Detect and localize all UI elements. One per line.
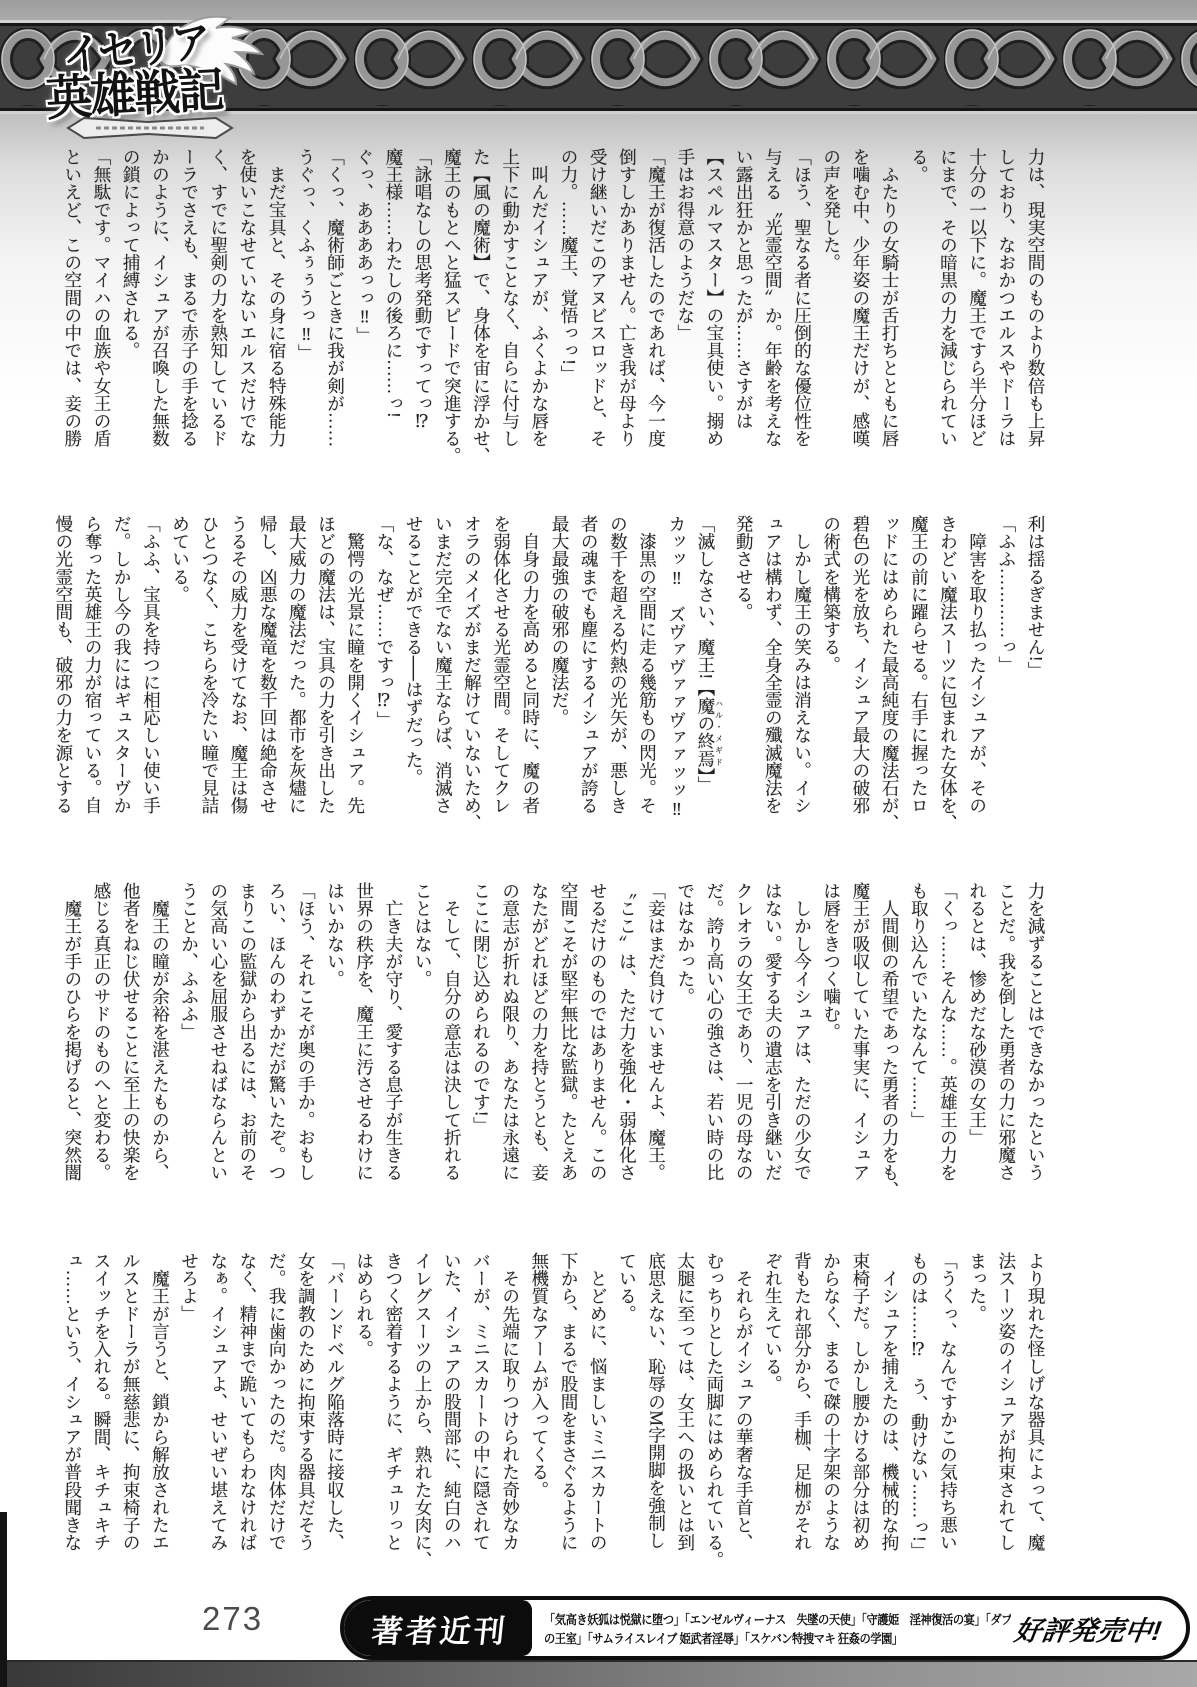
text-column: なたがどれほどの力を持とうとも、妾: [530, 882, 548, 1224]
text-column: いた、イシュアの股間部に、純白のハ: [443, 1252, 461, 1594]
author-books-bar: 著者近刊 「気高き妖狐は悦獄に堕つ」「エンゼルヴィーナス 失墜の天使」「守護姫 …: [340, 1596, 1190, 1660]
text-column: かのように、イシュアが召喚した無数: [151, 148, 169, 490]
text-column: はめられる。: [355, 1252, 373, 1594]
text-column: も取り込んでいたなんて……」: [910, 882, 928, 1224]
text-column: ほどの魔法は、宝具の力を引き出した: [317, 515, 335, 857]
recent-works-label: 著者近刊: [344, 1600, 532, 1656]
text-column: めている。: [171, 515, 189, 857]
text-column: からなく、まるで磔の十字架のような: [822, 1252, 840, 1594]
text-column: の声を発した。: [822, 148, 840, 490]
text-column: 魔王のもとへと猛スピードで突進する。: [443, 148, 461, 490]
text-column: 世界の秩序を、魔王に汚させるわけに: [355, 882, 373, 1224]
text-column: 「詠唱なしの思考発動ですってっ⁉: [413, 148, 431, 490]
text-column: 他者をねじ伏せることに至上の快楽を: [122, 882, 140, 1224]
text-column: ルスとドーラが無慈悲に、拘束椅子の: [122, 1252, 140, 1594]
text-column: はない。愛する夫の遺志を引き継いだ: [764, 882, 782, 1224]
text-column: 最大最強の破邪の魔法だ。: [550, 515, 568, 857]
text-column: その先端に取りつけられた奇妙なカ: [501, 1252, 519, 1594]
text-column: 碧色の光を放ち、イシュア最大の破邪: [851, 515, 869, 857]
text-column: ことだ。我を倒した勇者の力に邪魔さ: [997, 882, 1015, 1224]
series-logo: イセリア 英雄戦記: [40, 2, 290, 147]
book-titles-line1: 「気高き妖狐は悦獄に堕つ」「エンゼルヴィーナス 失墜の天使」「守護姫 淫神復活の…: [544, 1611, 959, 1629]
text-column: い露出狂かと思ったが……さすがは: [735, 148, 753, 490]
text-column: しており、なおかつエルスやドーラは: [997, 148, 1015, 490]
text-column: ている。: [618, 1252, 636, 1594]
text-column: せろよ」: [180, 1252, 198, 1594]
text-column: にまで、その暗黒の力を減じられてい: [939, 148, 957, 490]
text-column: きつく密着するように、ギチュリっと: [384, 1252, 402, 1594]
novel-page: イセリア 英雄戦記 力は、現実空間のものより数倍も上昇しており、なおかつエルスや…: [0, 0, 1197, 1687]
text-column: 発動させる。: [735, 515, 753, 857]
text-column: イシュアを捕えたのは、機械的な拘: [880, 1252, 898, 1594]
text-column: 法スーツ姿のイシュアが拘束されてし: [997, 1252, 1015, 1594]
text-column: せるだけのものではありません。この: [589, 882, 607, 1224]
text-column: なぁ。イシュアよ、せいぜい堪えてみ: [209, 1252, 227, 1594]
text-column: ぞれ生えている。: [764, 1252, 782, 1594]
text-column: 「ふふ、宝具を持つに相応しい使い手: [142, 515, 160, 857]
text-column: の鎖によって捕縛される。: [122, 148, 140, 490]
text-column: だ。誇り高い心の強さは、若い時の比: [705, 882, 723, 1224]
text-column: 魔王の前に躍らせる。右手に握ったロ: [910, 515, 928, 857]
text-column: より現れた怪しげな器具によって、魔: [1026, 1252, 1044, 1594]
text-column: カッッ‼ ズヴァヴァァヴァァッッ‼: [667, 515, 685, 857]
text-column: る。: [910, 148, 928, 490]
text-column: うるその威力を受けてなお、魔王は傷: [229, 515, 247, 857]
page-number: 273: [202, 1600, 263, 1638]
text-column: ら奪った英雄王の力が宿っている。自: [83, 515, 101, 857]
text-column: 魔王の瞳が余裕を湛えたものから、: [151, 882, 169, 1224]
text-column: 自身の力を高めると同時に、魔の者: [521, 515, 539, 857]
text-column: そして、自分の意志は決して折れる: [443, 882, 461, 1224]
text-column: 手はお得意のようだな」: [676, 148, 694, 490]
book-titles-line2: の王室」「サムライスレイブ 姫武者淫辱」「スケバン特捜マキ 狂姦の学園」: [544, 1630, 959, 1648]
text-column: ものは……⁉ う、動けない……っ!」: [910, 1252, 928, 1594]
text-column: せることができる──はずだった。: [404, 515, 422, 857]
text-column: 障害を取り払ったイシュアが、その: [968, 515, 986, 857]
text-column: 魔王が吸収していた事実に、イシュア: [851, 882, 869, 1224]
text-column: しかし今イシュアは、ただの少女で: [793, 882, 811, 1224]
recent-works-label-text: 著者近刊: [370, 1606, 511, 1651]
text-column: 「魔王が復活したのであれば、今一度: [647, 148, 665, 490]
text-column: 帰し、凶悪な魔竜を数千回は絶命させ: [259, 515, 277, 857]
text-column: まりこの監獄から出るには、お前のそ: [238, 882, 256, 1224]
text-column: スイッチを入れる。瞬間、キチュキチ: [92, 1252, 110, 1594]
text-column: 魔王が手のひらを掲げると、突然闇: [63, 882, 81, 1224]
text-column: 「ふふ…………っ」: [997, 515, 1015, 857]
text-column: ひとつなく、こちらを冷たい瞳で見詰: [200, 515, 218, 857]
text-column: 利は揺るぎません!」: [1026, 515, 1044, 857]
text-column: 力は、現実空間のものより数倍も上昇: [1026, 148, 1044, 490]
text-column: 「バーンドベルグ陥落時に接収した、: [326, 1252, 344, 1594]
text-column: クレオラの女王であり、一児の母なの: [735, 882, 753, 1224]
text-column: ではなかった。: [676, 882, 694, 1224]
text-column: 無機質なアームが入ってくる。: [530, 1252, 548, 1594]
text-column: バーが、ミニスカートの中に隠されて: [472, 1252, 490, 1594]
text-column: 空間こそが堅牢無比な監獄。たとえあ: [559, 882, 577, 1224]
text-column: 与える〝光霊空間〟か。年齢を考えな: [764, 148, 782, 490]
text-column: 漆黒の空間に走る幾筋もの閃光。そ: [638, 515, 656, 857]
text-column: の術式を構築する。: [822, 515, 840, 857]
text-column: は唇をきつく噛む。: [822, 882, 840, 1224]
text-column: 束椅子だ。しかし腰かける部分は初め: [851, 1252, 869, 1594]
text-column: だ。しかし今の我にはギュスターヴか: [113, 515, 131, 857]
text-column: 力を減ずることはできなかったという: [1026, 882, 1044, 1224]
text-column: 下から、まるで股間をまさぐるように: [559, 1252, 577, 1594]
text-column: きわどい魔法スーツに包まれた女体を、: [939, 515, 957, 857]
text-column: ュアは構わず、全身全霊の殲滅魔法を: [764, 515, 782, 857]
text-column: イレグスーツの上から、熟れた女肉に、: [413, 1252, 431, 1594]
text-column: 【スペルマスター】の宝具使い。搦め: [705, 148, 723, 490]
text-column: ろい、ほんのわずかだが驚いたぞ。つ: [268, 882, 286, 1224]
text-column: いまだ完全でない魔王ならば、消滅さ: [434, 515, 452, 857]
text-column: ぐっ、ああああっっ‼」: [355, 148, 373, 490]
text-column: 「な、なぜ……ですっ⁉」: [375, 515, 393, 857]
text-column: 慢の光霊空間も、破邪の力を源とする: [54, 515, 72, 857]
text-column: むっちりとした両脚にはめられている。: [705, 1252, 723, 1594]
text-column: ここに閉じ込められるのです!」: [472, 882, 490, 1224]
on-sale-badge: 好評発売中!: [1008, 1609, 1188, 1648]
text-column: 亡き夫が守り、愛する息子が生きる: [384, 882, 402, 1224]
text-column: た【風の魔術】で、身体を宙に浮かせ、: [472, 148, 490, 490]
text-column: を噛む中、少年姿の魔王だけが、感嘆: [851, 148, 869, 490]
text-column: 「妾はまだ負けていませんよ、魔王。: [647, 882, 665, 1224]
text-column: の気高い心を屈服させねばならんとい: [209, 882, 227, 1224]
text-column: まった。: [968, 1252, 986, 1594]
text-column: 「滅しなさい、魔王!【魔の終焉ハル・メギド】」: [696, 515, 723, 857]
logo-ribbon: [64, 114, 236, 142]
text-column: 上下に動かすことなく、自らに付与し: [501, 148, 519, 490]
text-column: 叫んだイシュアが、ふくよかな唇を: [530, 148, 548, 490]
text-column: 最大威力の魔法だった。都市を灰燼に: [288, 515, 306, 857]
text-band-1: 力は、現実空間のものより数倍も上昇しており、なおかつエルスやドーラは十分の一以下…: [42, 148, 1044, 490]
text-band-3: 力を減ずることはできなかったということだ。我を倒した勇者の力に邪魔されるとは、惨…: [42, 882, 1044, 1224]
bottom-page-edge: [0, 1660, 1197, 1687]
text-column: しかし魔王の笑みは消えない。イシ: [793, 515, 811, 857]
text-column: うことか、ふふふ」: [180, 882, 198, 1224]
text-column: 底思えない、恥辱のM字開脚を強制し: [647, 1252, 665, 1594]
text-column: く、すでに聖剣の力を熟知しているド: [209, 148, 227, 490]
text-band-4: より現れた怪しげな器具によって、魔法スーツ姿のイシュアが拘束されてしまった。「う…: [42, 1252, 1044, 1594]
text-column: 受け継いだこのアヌビスロッドと、そ: [589, 148, 607, 490]
text-column: といえど、この空間の中では、妾の勝: [63, 148, 81, 490]
text-column: まだ宝具と、その身に宿る特殊能力: [268, 148, 286, 490]
text-column: を弱体化させる光霊空間。そしてクレ: [492, 515, 510, 857]
text-column: うぐっ、くふぅぅうっ‼」: [297, 148, 315, 490]
text-column: 驚愕の光景に瞳を開くイシュア。先: [346, 515, 364, 857]
text-column: 「うくっ、なんですかこの気持ち悪い: [939, 1252, 957, 1594]
text-column: 「くっ、魔術師ごときに我が剣が……: [326, 148, 344, 490]
text-column: ふたりの女騎士が舌打ちとともに唇: [880, 148, 898, 490]
text-column: オラのメイズがまだ解けていないため、: [463, 515, 481, 857]
text-column: 女を調教のために拘束する器具だそう: [297, 1252, 315, 1594]
text-column: 十分の一以下に。魔王ですら半分ほど: [968, 148, 986, 490]
text-column: 者の魂までも塵にするイシュアが誇る: [580, 515, 598, 857]
text-column: 魔王様……わたしの後ろに……っ!: [384, 148, 402, 490]
text-column: の意志が折れぬ限り、あなたは永遠に: [501, 882, 519, 1224]
text-column: 感じる真正のサドのものへと変わる。: [92, 882, 110, 1224]
text-column: だ。我に歯向かったのだ。肉体だけで: [268, 1252, 286, 1594]
text-column: 背もたれ部分から、手枷、足枷がそれ: [793, 1252, 811, 1594]
text-column: れるとは、惨めだな砂漠の女王」: [968, 882, 986, 1224]
text-column: ことはない。: [413, 882, 431, 1224]
text-column: 魔王が言うと、鎖から解放されたエ: [151, 1252, 169, 1594]
text-column: 「くっ……そんな……。英雄王の力を: [939, 882, 957, 1224]
text-column: とどめに、悩ましいミニスカートの: [589, 1252, 607, 1594]
text-band-2: 利は揺るぎません!」「ふふ…………っ」 障害を取り払ったイシュアが、そのきわどい…: [42, 515, 1044, 857]
text-column: の数千を超える灼熱の光矢が、悪しき: [609, 515, 627, 857]
text-column: 「無駄です。マイハの血族や女王の盾: [92, 148, 110, 490]
book-titles: 「気高き妖狐は悦獄に堕つ」「エンゼルヴィーナス 失墜の天使」「守護姫 淫神復活の…: [532, 1608, 1011, 1647]
text-column: 「ほう、それこそが奥の手か。おもし: [297, 882, 315, 1224]
text-column: 〝ここ〟は、ただ力を強化・弱体化さ: [618, 882, 636, 1224]
left-page-edge: [0, 1512, 7, 1687]
text-column: 「ほう、聖なる者に圧倒的な優位性を: [793, 148, 811, 490]
text-column: はいかない。: [326, 882, 344, 1224]
text-column: 倒すしかありません。亡き我が母より: [618, 148, 636, 490]
text-column: の力。……魔王、覚悟っっ!」: [559, 148, 577, 490]
text-column: を使いこなせていないエルスだけでな: [238, 148, 256, 490]
text-column: 太腿に至っては、女王への扱いとは到: [676, 1252, 694, 1594]
text-column: 人間側の希望であった勇者の力をも、: [880, 882, 898, 1224]
text-column: なく、精神まで跪いてもらわなければ: [238, 1252, 256, 1594]
text-column: ュ……という、イシュアが普段聞きな: [63, 1252, 81, 1594]
text-column: それらがイシュアの華奢な手首と、: [735, 1252, 753, 1594]
text-column: ーラでさえも、まるで赤子の手を捻る: [180, 148, 198, 490]
text-column: ッドにはめられた最高純度の魔法石が、: [880, 515, 898, 857]
